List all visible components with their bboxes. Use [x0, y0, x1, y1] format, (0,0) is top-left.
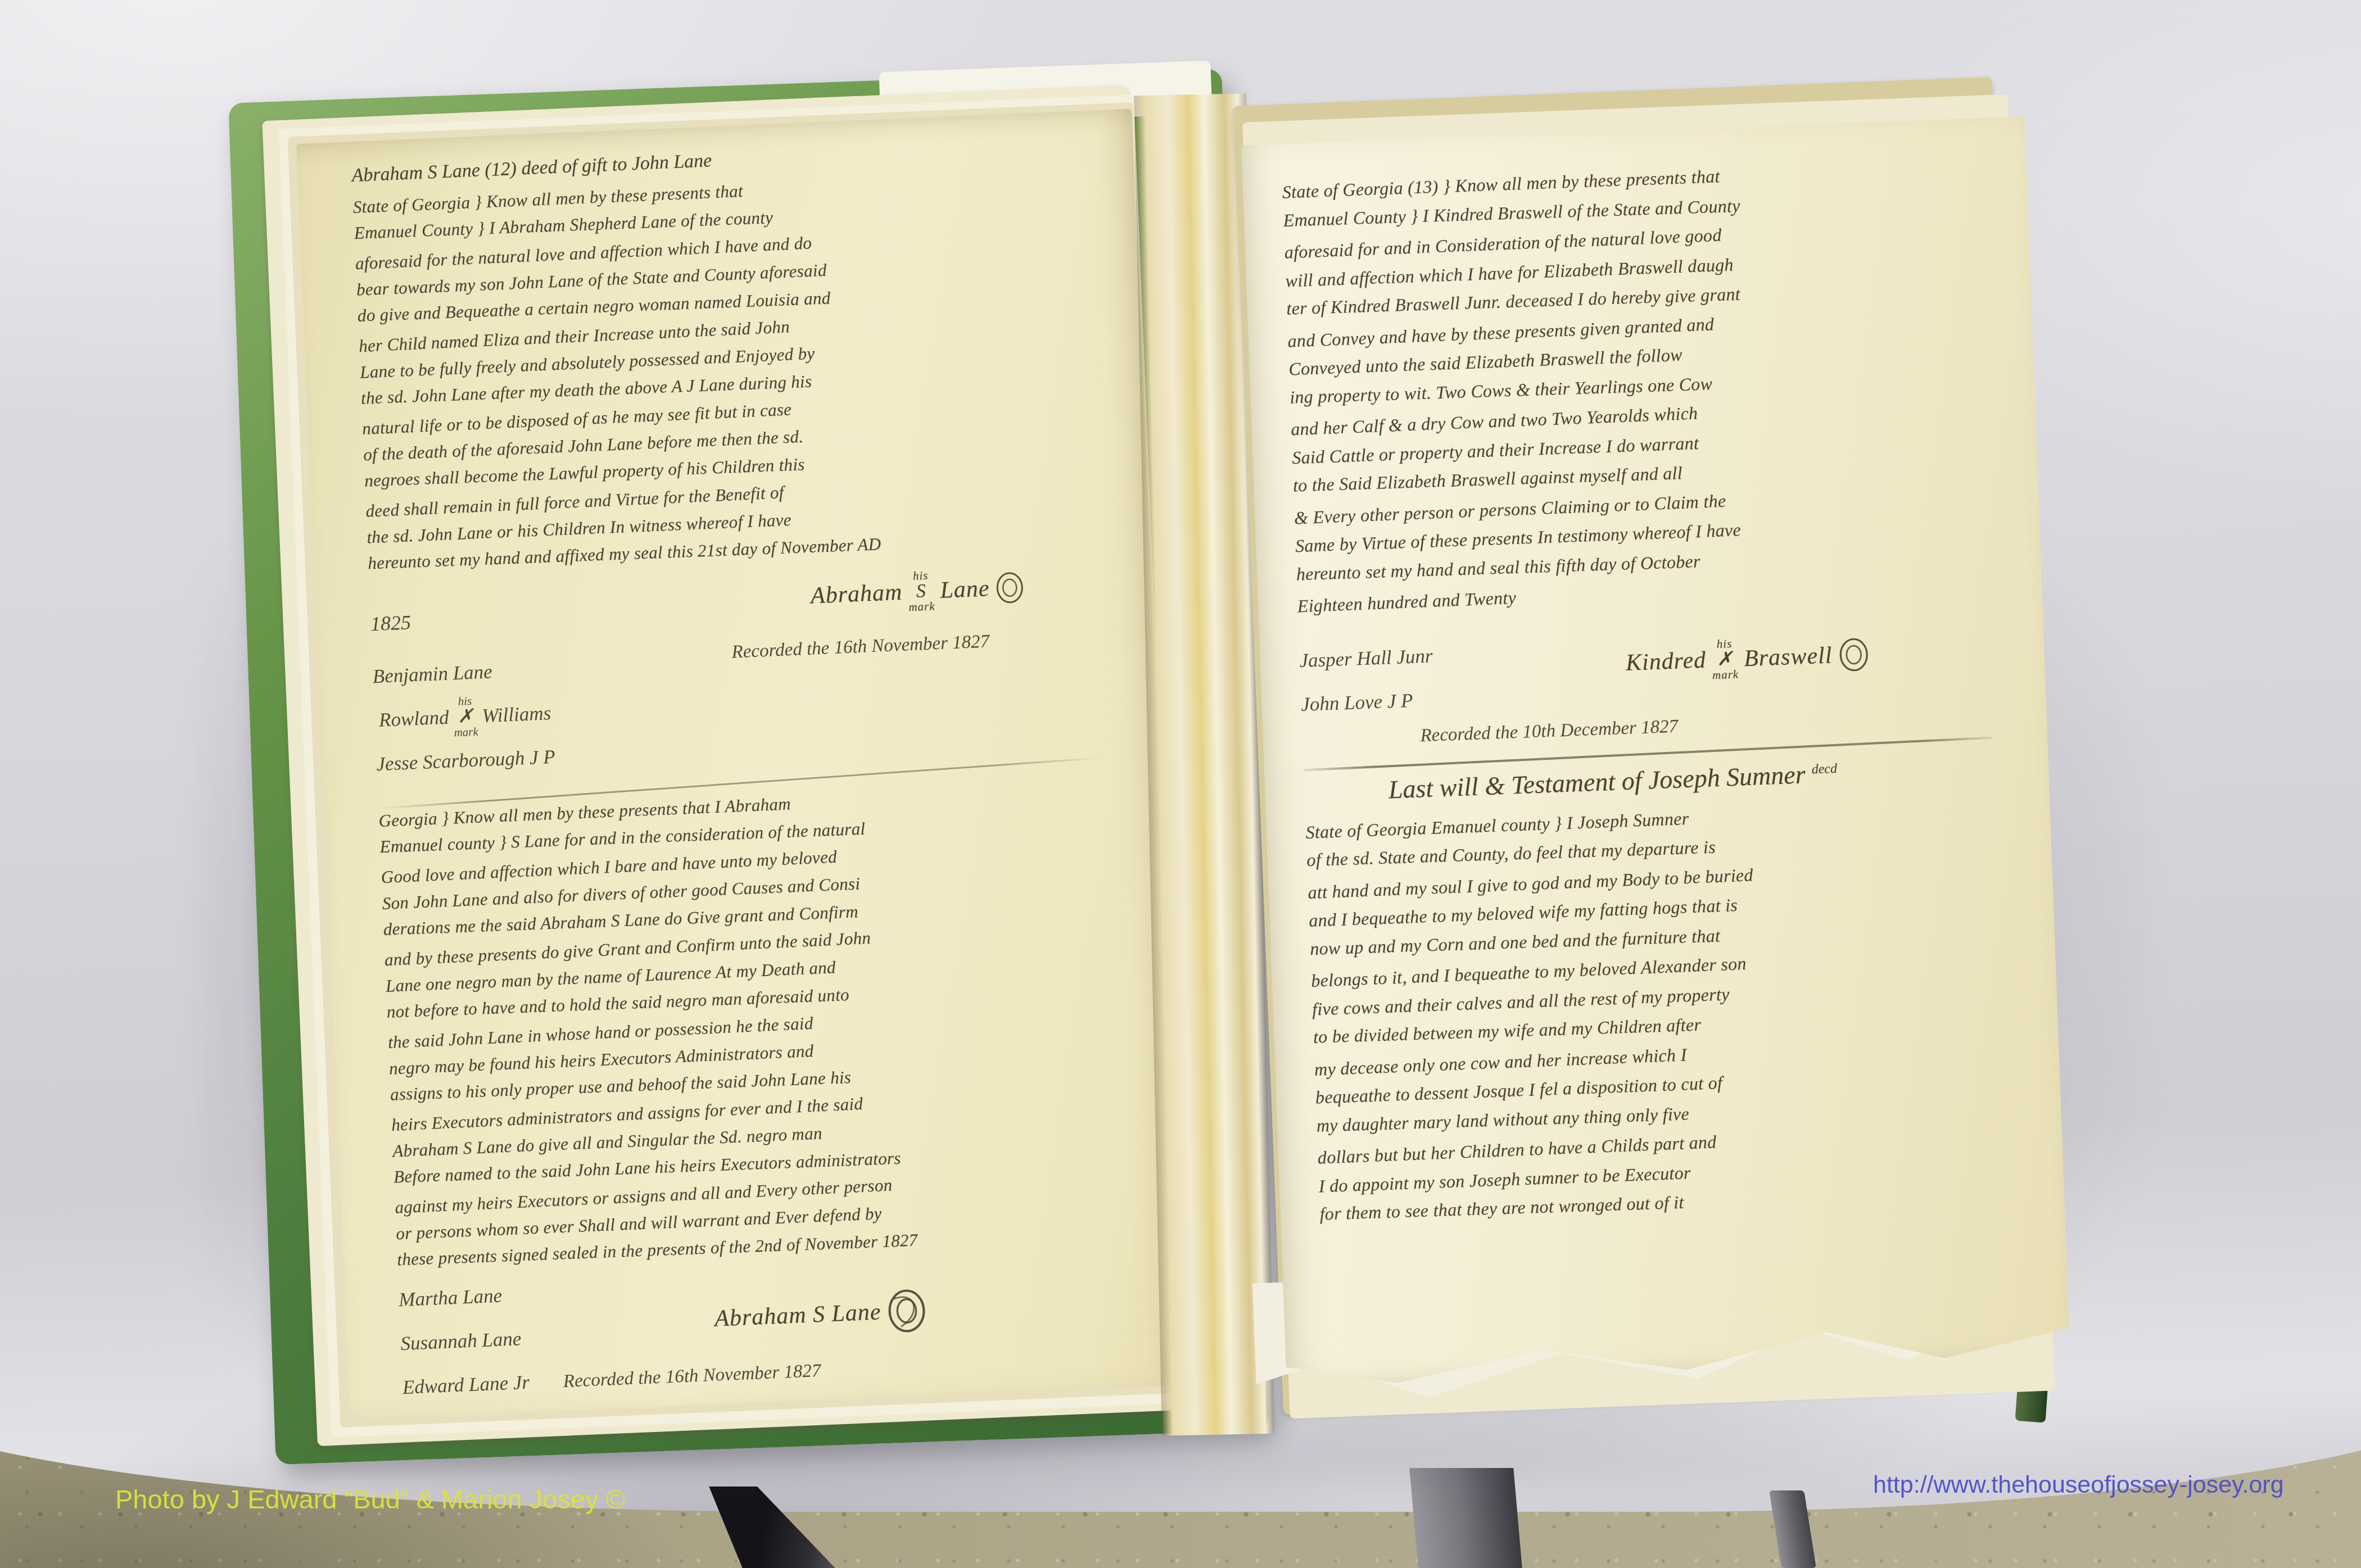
- signature-abraham-s-lane: Abraham his S mark Lane: [809, 566, 1025, 618]
- will-title-superscript: decd: [1811, 761, 1837, 777]
- will-body: State of Georgia Emanuel county } I Jose…: [1305, 791, 2031, 1230]
- photograph-of-open-record-book: Abraham S Lane (12) deed of gift to John…: [0, 0, 2361, 1568]
- his-mark-stack: his S mark: [907, 569, 935, 613]
- deed-eliza-body: State of Georgia } Know all men by these…: [352, 162, 1124, 579]
- seal-flourish-icon: [886, 1286, 928, 1335]
- right-page: State of Georgia (13) } Know all men by …: [1241, 116, 2070, 1392]
- his-mark-stack: his ✗ mark: [453, 695, 478, 739]
- signature-kindred-braswell: Kindred his ✗ mark Braswell: [1625, 632, 1870, 684]
- deed-laurence-body: Georgia } Know all men by these presents…: [378, 776, 1154, 1275]
- right-page-content: State of Georgia (13) } Know all men by …: [1241, 116, 2070, 1392]
- deed-eliza-witness-block: Recorded the 16th November 1827 Benjamin…: [372, 623, 1133, 786]
- his-mark-stack: his ✗ mark: [1711, 637, 1739, 681]
- deed-braswell-body: State of Georgia (13) } Know all men by …: [1282, 151, 2009, 619]
- left-page: Abraham S Lane (12) deed of gift to John…: [296, 109, 1185, 1420]
- signature-last-name: Lane: [939, 575, 990, 604]
- left-page-content: Abraham S Lane (12) deed of gift to John…: [296, 109, 1185, 1420]
- website-watermark: http://www.thehouseofjossey-josey.org: [1873, 1471, 2284, 1499]
- signature-first-name: Abraham: [810, 579, 903, 610]
- signature-abraham-s-lane: Abraham S Lane: [714, 1286, 929, 1343]
- deed-date-year: 1825: [370, 610, 411, 636]
- seal-flourish-icon: [1837, 636, 1870, 673]
- photo-credit-watermark: Photo by J Edward “Bud” & Marion Josey ©: [115, 1484, 625, 1515]
- witness-name: Edward Lane Jr: [401, 1361, 530, 1410]
- recorded-note: Recorded the 16th November 1827: [563, 1361, 821, 1392]
- seal-flourish-icon: [994, 570, 1025, 605]
